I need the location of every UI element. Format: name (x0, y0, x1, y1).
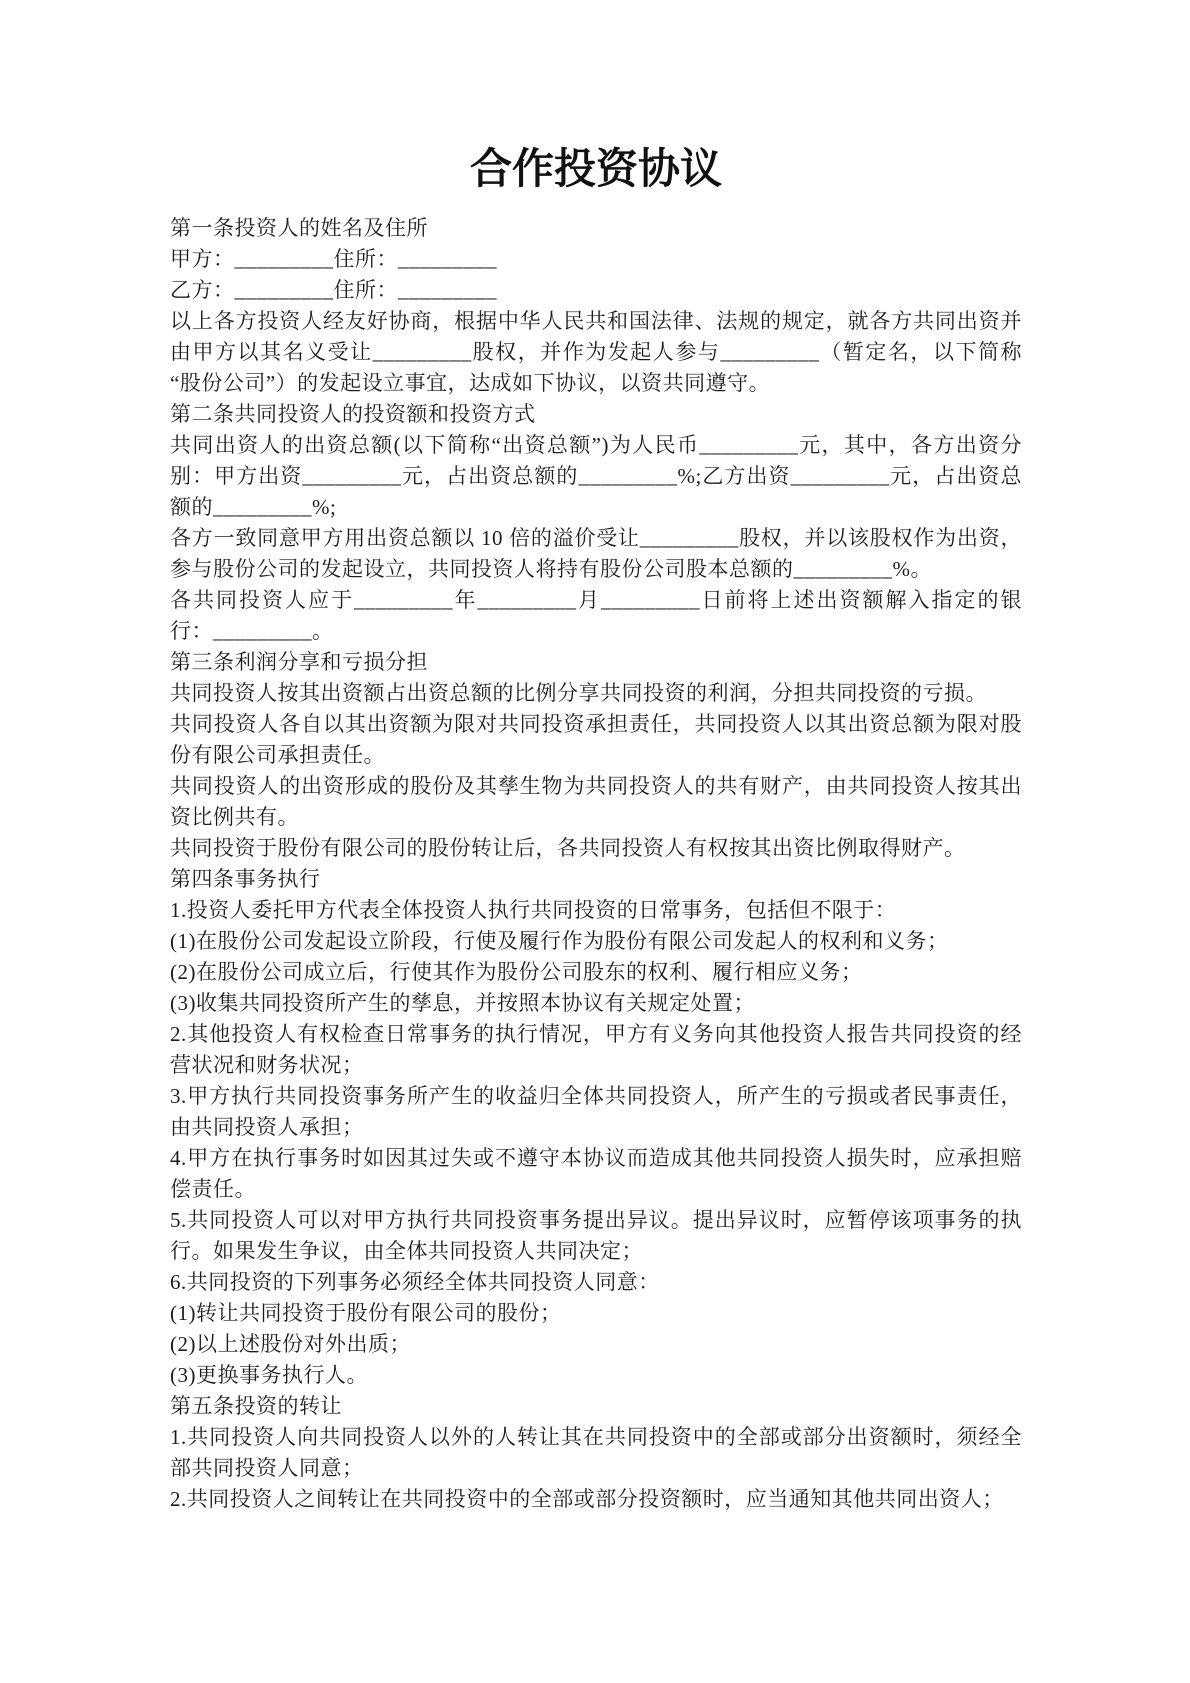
numbered-item: 6.共同投资的下列事务必须经全体共同投资人同意： (170, 1267, 1022, 1298)
clause-heading-4: 第四条事务执行 (170, 864, 1022, 895)
document-title: 合作投资协议 (170, 142, 1022, 199)
clause-heading-3: 第三条利润分享和亏损分担 (170, 647, 1022, 678)
party-a-line: 甲方：_________住所：_________ (170, 244, 1022, 275)
sub-item: (1)在股份公司发起设立阶段，行使及履行作为股份有限公司发起人的权利和义务； (170, 926, 1022, 957)
sub-item: (3)更换事务执行人。 (170, 1360, 1022, 1391)
clause-heading-1: 第一条投资人的姓名及住所 (170, 213, 1022, 244)
preamble-paragraph: 以上各方投资人经友好协商，根据中华人民共和国法律、法规的规定，就各方共同出资并由… (170, 306, 1022, 399)
paragraph: 共同投资人按其出资额占出资总额的比例分享共同投资的利润，分担共同投资的亏损。 (170, 678, 1022, 709)
party-b-line: 乙方：_________住所：_________ (170, 275, 1022, 306)
document-page: 合作投资协议 第一条投资人的姓名及住所 甲方：_________住所：_____… (0, 0, 1190, 1683)
paragraph: 共同出资人的出资总额(以下简称“出资总额”)为人民币_________元，其中，… (170, 430, 1022, 523)
document-body: 第一条投资人的姓名及住所 甲方：_________住所：_________ 乙方… (170, 213, 1022, 1515)
numbered-item: 5.共同投资人可以对甲方执行共同投资事务提出异议。提出异议时，应暂停该项事务的执… (170, 1205, 1022, 1267)
clause-heading-5: 第五条投资的转让 (170, 1391, 1022, 1422)
sub-item: (2)在股份公司成立后，行使其作为股份公司股东的权利、履行相应义务； (170, 957, 1022, 988)
sub-item: (3)收集共同投资所产生的孳息，并按照本协议有关规定处置； (170, 988, 1022, 1019)
sub-item: (2)以上述股份对外出质； (170, 1329, 1022, 1360)
paragraph: 共同投资于股份有限公司的股份转让后，各共同投资人有权按其出资比例取得财产。 (170, 833, 1022, 864)
numbered-item: 4.甲方在执行事务时如因其过失或不遵守本协议而造成其他共同投资人损失时，应承担赔… (170, 1143, 1022, 1205)
paragraph: 共同投资人的出资形成的股份及其孳生物为共同投资人的共有财产，由共同投资人按其出资… (170, 771, 1022, 833)
numbered-item: 1.共同投资人向共同投资人以外的人转让其在共同投资中的全部或部分出资额时，须经全… (170, 1422, 1022, 1484)
sub-item: (1)转让共同投资于股份有限公司的股份； (170, 1298, 1022, 1329)
numbered-item: 2.其他投资人有权检查日常事务的执行情况，甲方有义务向其他投资人报告共同投资的经… (170, 1019, 1022, 1081)
paragraph: 共同投资人各自以其出资额为限对共同投资承担责任，共同投资人以其出资总额为限对股份… (170, 709, 1022, 771)
paragraph: 各方一致同意甲方用出资总额以 10 倍的溢价受让_________股权，并以该股… (170, 523, 1022, 585)
numbered-item: 3.甲方执行共同投资事务所产生的收益归全体共同投资人，所产生的亏损或者民事责任，… (170, 1081, 1022, 1143)
numbered-item: 1.投资人委托甲方代表全体投资人执行共同投资的日常事务，包括但不限于： (170, 895, 1022, 926)
numbered-item: 2.共同投资人之间转让在共同投资中的全部或部分投资额时，应当通知其他共同出资人； (170, 1484, 1022, 1515)
paragraph: 各共同投资人应于_________年_________月_________日前将… (170, 585, 1022, 647)
clause-heading-2: 第二条共同投资人的投资额和投资方式 (170, 399, 1022, 430)
